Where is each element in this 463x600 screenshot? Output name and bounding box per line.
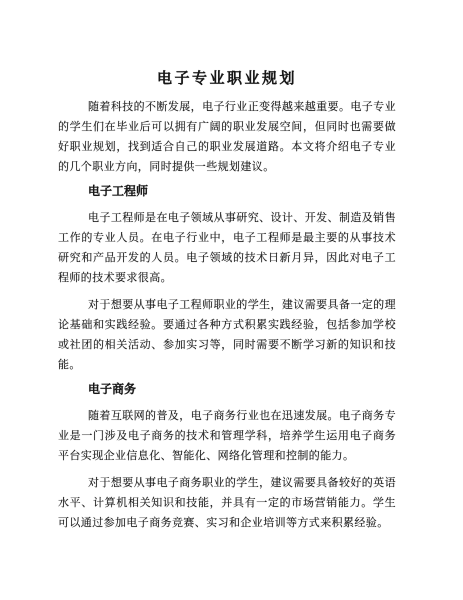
intro-paragraph: 随着科技的不断发展，电子行业正变得越来越重要。电子专业的学生们在毕业后可以拥有广…: [58, 97, 396, 177]
engineer-description-paragraph: 电子工程师是在电子领域从事研究、设计、开发、制造及销售工作的专业人员。在电子行业…: [58, 208, 396, 288]
section-heading-electronic-engineer: 电子工程师: [58, 184, 396, 199]
ecommerce-description-paragraph: 随着互联网的普及，电子商务行业也在迅速发展。电子商务专业是一门涉及电子商务的技术…: [58, 406, 396, 466]
document-page: 电子专业职业规划 随着科技的不断发展，电子行业正变得越来越重要。电子专业的学生们…: [0, 0, 463, 600]
engineer-advice-paragraph: 对于想要从事电子工程师职业的学生，建议需要具备一定的理论基础和实践经验。要通过各…: [58, 295, 396, 375]
ecommerce-advice-paragraph: 对于想要从事电子商务职业的学生，建议需要具备较好的英语水平、计算机相关知识和技能…: [58, 473, 396, 533]
document-title: 电子专业职业规划: [58, 70, 396, 88]
section-heading-ecommerce: 电子商务: [58, 382, 396, 397]
document-content: 电子专业职业规划 随着科技的不断发展，电子行业正变得越来越重要。电子专业的学生们…: [58, 70, 396, 540]
